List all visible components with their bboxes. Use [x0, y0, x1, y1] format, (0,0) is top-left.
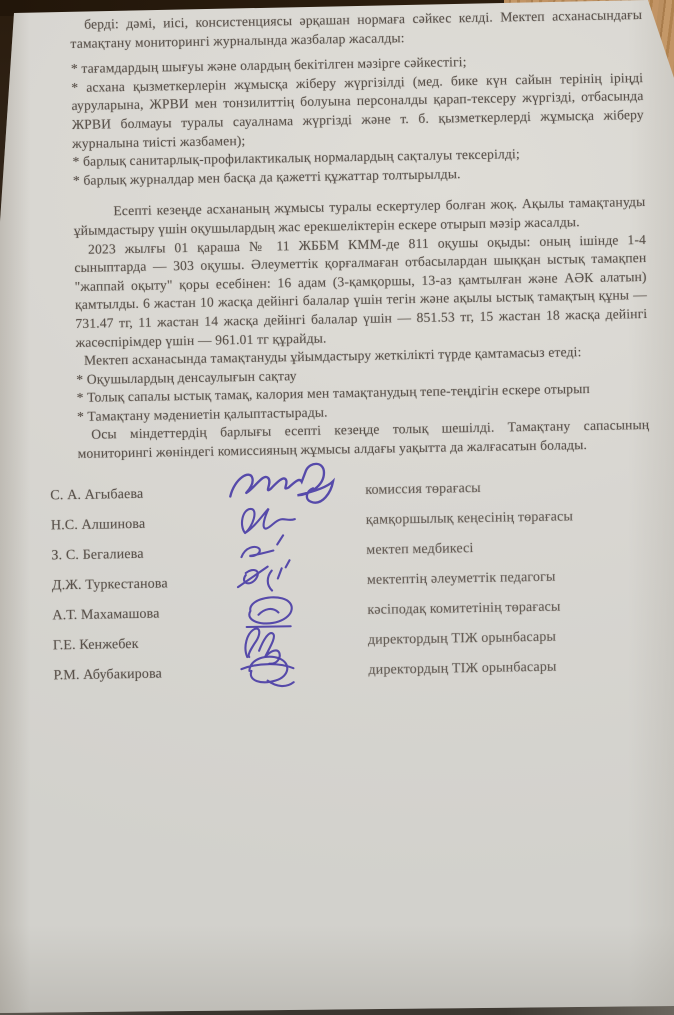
signature-icon: [213, 657, 368, 690]
signer-name: А.Т. Махамашова: [52, 605, 212, 626]
signer-name: З. С. Бегалиева: [51, 545, 211, 566]
signer-name: Н.С. Алшинова: [51, 515, 211, 536]
signer-role: қамқоршылық кеңесінің төрағасы: [366, 509, 573, 531]
signer-role: мектептің әлеуметтік педагогы: [367, 569, 556, 591]
document-page: берді: дәмі, иісі, консистенциясы әрқаша…: [0, 0, 674, 1015]
signer-role: комиссия төрағасы: [365, 480, 481, 501]
monitoring-bullet-list: * тағамдардың шығуы және олардың бекітіл…: [71, 50, 645, 190]
signer-name: Д.Ж. Туркестанова: [52, 575, 212, 596]
paragraph-continuation: берді: дәмі, иісі, консистенциясы әрқаша…: [70, 6, 643, 53]
signature-block: С. А. Агыбаева комиссия төрағасы Н.С. Ал…: [50, 472, 654, 692]
signer-role: кәсіподақ комитетінің төрағасы: [367, 599, 560, 621]
signer-role: директордың ТІЖ орынбасары: [368, 659, 556, 681]
signer-role: мектеп медбикесі: [366, 540, 473, 560]
signer-name: Р.М. Абубакирова: [53, 665, 213, 686]
bullet-item: * асхана қызметкерлерін жұмысқа жіберу ж…: [71, 69, 644, 153]
paragraph-statistics: 2023 жылғы 01 қараша № 11 ЖББМ КММ-де 81…: [74, 231, 648, 353]
provision-bullet-list: * Оқушылардың денсаулығын сақтау * Толық…: [76, 361, 649, 427]
signer-name: С. А. Агыбаева: [50, 485, 210, 506]
signer-name: Г.Е. Кенжебек: [53, 635, 213, 656]
signer-role: директордың ТІЖ орынбасары: [368, 629, 556, 651]
document-text-block: берді: дәмі, иісі, консистенциясы әрқаша…: [70, 6, 654, 692]
